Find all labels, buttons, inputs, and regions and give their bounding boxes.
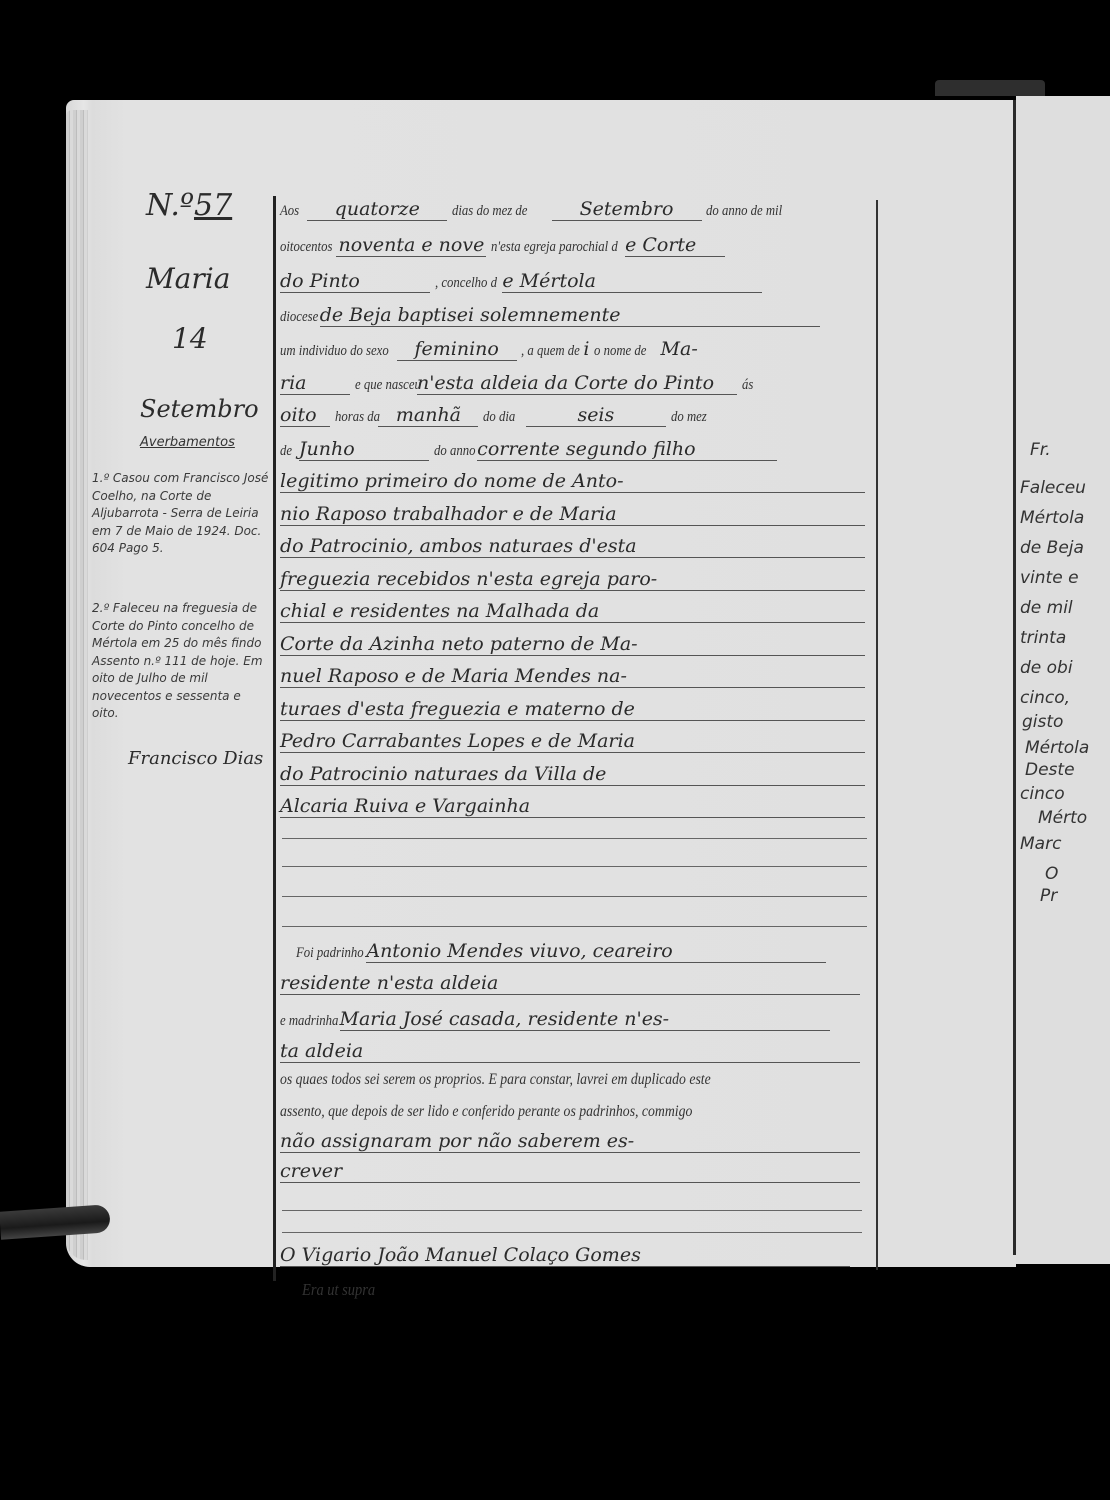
godfather-name: Antonio Mendes viuvo, ceareiro <box>366 940 826 963</box>
signature-statement: não assignaram por não saberem es- <box>280 1130 860 1153</box>
printed-text: oitocentos <box>280 239 332 256</box>
printed-text: , a quem de <box>521 343 580 360</box>
record-number-value: 57 <box>194 188 232 223</box>
right-page-note: Fr. <box>1030 440 1051 460</box>
margin-name: Maria <box>146 262 230 295</box>
handwritten-text: chial e residentes na Malhada da <box>280 600 865 623</box>
baptism-day: quatorze <box>307 198 447 221</box>
printed-text: assento, que depois de ser lido e confer… <box>280 1103 692 1121</box>
right-page-note: Faleceu <box>1020 478 1086 498</box>
form-left-border <box>273 196 276 1281</box>
baptism-month: Setembro <box>552 198 702 221</box>
ruled-line <box>282 926 867 927</box>
handwritten-text: nio Raposo trabalhador e de Maria <box>280 503 865 526</box>
printed-text: um individuo do sexo <box>280 343 389 360</box>
ruled-line <box>282 838 867 839</box>
parentage-line: legitimo primeiro do nome de Anto- <box>280 470 870 493</box>
printed-text: os quaes todos sei serem os proprios. E … <box>280 1071 711 1089</box>
handwritten-letter: i <box>583 338 589 360</box>
parentage-line: Alcaria Ruiva e Vargainha <box>280 795 870 818</box>
right-page-note: de mil <box>1020 598 1073 618</box>
right-page-note: Mértola <box>1025 738 1089 758</box>
ruled-line <box>282 866 867 867</box>
priest-signature-line: O Vigario João Manuel Colaço Gomes <box>280 1244 870 1267</box>
parish-part-1: e Corte <box>625 234 725 257</box>
form-line-4: diocese de Beja baptisei solemnemente <box>280 304 870 327</box>
right-page-note: gisto <box>1022 712 1063 732</box>
ruled-line <box>282 1232 862 1233</box>
closing-handwritten-2: crever <box>280 1160 870 1183</box>
child-name-part-1: Ma- <box>661 338 698 360</box>
right-page-note: Pr <box>1040 886 1057 906</box>
right-page-note: cinco <box>1020 784 1065 804</box>
parentage-line: do Patrocinio, ambos naturaes d'esta <box>280 535 870 558</box>
margin-day: 14 <box>172 322 208 355</box>
parentage-line: do Patrocinio naturaes da Villa de <box>280 763 870 786</box>
parentage-line: chial e residentes na Malhada da <box>280 600 870 623</box>
right-page-note: trinta <box>1020 628 1066 648</box>
birth-place: n'esta aldeia da Corte do Pinto <box>417 372 737 395</box>
godfather-line-2: residente n'esta aldeia <box>280 972 870 995</box>
handwritten-text: do Patrocinio, ambos naturaes d'esta <box>280 535 865 558</box>
annotation-death: 2.º Faleceu na freguesia de Corte do Pin… <box>92 600 270 723</box>
right-page-note: Mértola <box>1020 508 1084 528</box>
printed-text: n'esta egreja parochial d <box>491 239 618 256</box>
era-ut-supra: Era ut supra <box>302 1280 375 1300</box>
form-line-3: do Pinto , concelho d e Mértola <box>280 270 870 293</box>
right-page-note: vinte e <box>1020 568 1079 588</box>
printed-text: e que nasceu <box>355 377 421 394</box>
binding-tab <box>935 80 1045 96</box>
sex: feminino <box>397 338 517 361</box>
annotations-heading: Averbamentos <box>140 435 235 450</box>
child-name-part-2: ria <box>280 372 350 395</box>
handwritten-text: turaes d'esta freguezia e materno de <box>280 698 865 721</box>
right-page-note: de Beja <box>1020 538 1084 558</box>
form-right-border <box>876 200 878 1270</box>
book-gutter <box>1013 100 1016 1255</box>
form-line-1: Aos quatorze dias do mez de Setembro do … <box>280 198 870 221</box>
priest-signature: O Vigario João Manuel Colaço Gomes <box>280 1244 850 1267</box>
parentage-line: turaes d'esta freguezia e materno de <box>280 698 870 721</box>
godmother-residence: ta aldeia <box>280 1040 860 1063</box>
signature-statement-end: crever <box>280 1160 860 1183</box>
page-stack-edge <box>66 110 88 1260</box>
godmother-name: Maria José casada, residente n'es- <box>340 1008 830 1031</box>
right-page-note: O <box>1045 864 1058 884</box>
godmother-line-1: e madrinha Maria José casada, residente … <box>280 1008 870 1031</box>
birth-month: Junho <box>299 438 429 461</box>
printed-text: Aos <box>280 203 299 220</box>
ruled-line <box>282 896 867 897</box>
right-page-note: Marc <box>1020 834 1061 854</box>
handwritten-text: freguezia recebidos n'esta egreja paro- <box>280 568 865 591</box>
birth-day: seis <box>526 404 666 427</box>
right-page-note: Mérto <box>1038 808 1087 828</box>
parentage-line: Corte da Azinha neto paterno de Ma- <box>280 633 870 656</box>
printed-text: do anno de mil <box>706 203 782 220</box>
printed-text: do mez <box>671 409 707 426</box>
handwritten-text: legitimo primeiro do nome de Anto- <box>280 470 865 493</box>
printed-text: o nome de <box>594 343 646 360</box>
closing-line-2: assento, que depois de ser lido e confer… <box>280 1100 870 1122</box>
closing-line-1: os quaes todos sei serem os proprios. E … <box>280 1068 870 1090</box>
concelho: e Mértola <box>502 270 762 293</box>
handwritten-text: do Patrocinio naturaes da Villa de <box>280 763 865 786</box>
closing-handwritten-1: não assignaram por não saberem es- <box>280 1130 870 1153</box>
printed-text: Foi padrinho <box>296 945 364 962</box>
parentage-line: freguezia recebidos n'esta egreja paro- <box>280 568 870 591</box>
printed-text: dias do mez de <box>452 203 527 220</box>
handwritten-text: Alcaria Ruiva e Vargainha <box>280 795 865 818</box>
printed-text: do dia <box>483 409 515 426</box>
annotation-signature: Francisco Dias <box>128 748 263 769</box>
printed-text: e madrinha <box>280 1013 338 1030</box>
record-number: N.º57 <box>146 188 232 223</box>
godfather-residence: residente n'esta aldeia <box>280 972 860 995</box>
parish-part-2: do Pinto <box>280 270 430 293</box>
right-page-note: de obi <box>1020 658 1073 678</box>
handwritten-text: Pedro Carrabantes Lopes e de Maria <box>280 730 865 753</box>
right-page-note: cinco, <box>1020 688 1070 708</box>
annotation-marriage: 1.º Casou com Francisco José Coelho, na … <box>92 470 270 558</box>
godmother-line-2: ta aldeia <box>280 1040 870 1063</box>
parentage-line: Pedro Carrabantes Lopes e de Maria <box>280 730 870 753</box>
birth-period: manhã <box>378 404 478 427</box>
printed-text: de <box>280 443 292 460</box>
form-line-5: um individuo do sexo feminino , a quem d… <box>280 338 870 361</box>
diocese-text: de Beja baptisei solemnemente <box>320 304 820 327</box>
printed-text: diocese <box>280 309 318 326</box>
record-number-label: N.º <box>146 188 194 223</box>
birth-year-text: corrente segundo filho <box>477 438 777 461</box>
printed-text: horas da <box>335 409 380 426</box>
right-page-note: Deste <box>1025 760 1075 780</box>
birth-hour: oito <box>280 404 330 427</box>
ruled-line <box>282 1210 862 1211</box>
printed-text: ás <box>742 377 753 394</box>
margin-month: Setembro <box>140 395 259 423</box>
form-line-8: de Junho do anno corrente segundo filho <box>280 438 870 461</box>
form-line-7: oito horas da manhã do dia seis do mez <box>280 404 870 427</box>
handwritten-text: Corte da Azinha neto paterno de Ma- <box>280 633 865 656</box>
printed-text: do anno <box>434 443 475 460</box>
form-line-6: ria e que nasceu n'esta aldeia da Corte … <box>280 372 870 395</box>
parentage-line: nuel Raposo e de Maria Mendes na- <box>280 665 870 688</box>
parentage-line: nio Raposo trabalhador e de Maria <box>280 503 870 526</box>
handwritten-text: nuel Raposo e de Maria Mendes na- <box>280 665 865 688</box>
printed-text: , concelho d <box>435 275 497 292</box>
form-line-2: oitocentos noventa e nove n'esta egreja … <box>280 234 870 257</box>
godfather-line-1: Foi padrinho Antonio Mendes viuvo, ceare… <box>280 940 870 963</box>
right-page <box>1016 96 1110 1264</box>
baptism-year: noventa e nove <box>336 234 486 257</box>
